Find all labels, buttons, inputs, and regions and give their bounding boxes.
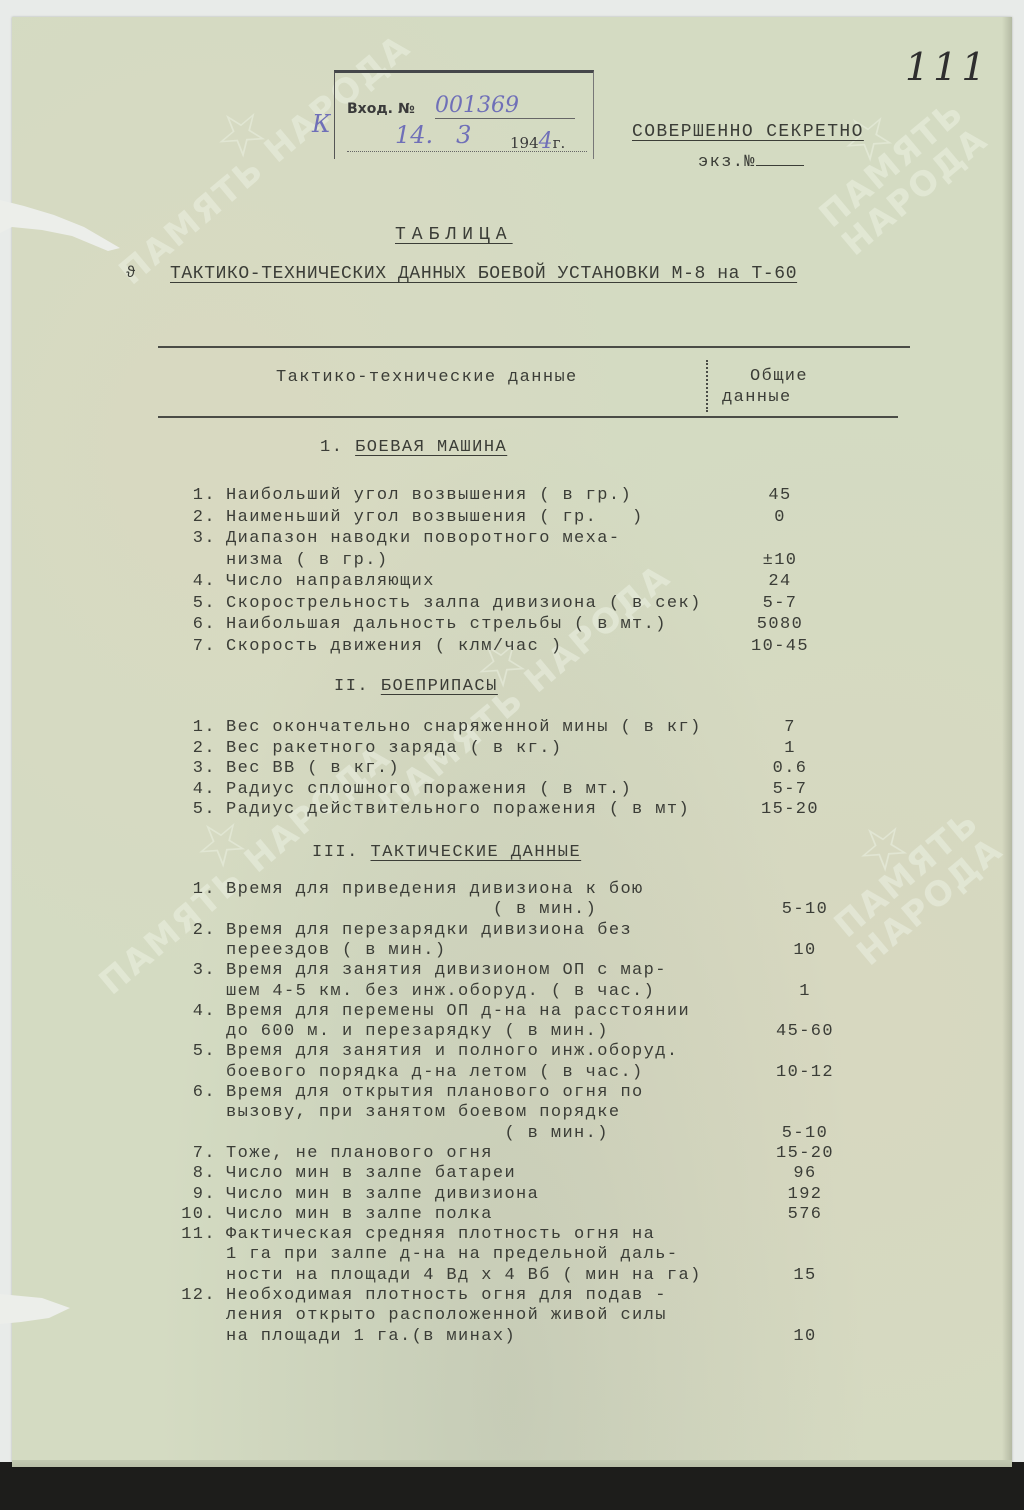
row-label: Время для приведения дивизиона к бою <box>226 880 644 899</box>
row-number: 2. <box>176 739 216 758</box>
row-number: 3. <box>176 529 216 548</box>
row-value: 7 <box>745 718 835 737</box>
section-heading: БОЕВАЯ МАШИНА <box>355 438 507 457</box>
row-value: 24 <box>735 572 825 591</box>
document-subtitle: ТАКТИКО-ТЕХНИЧЕСКИХ ДАННЫХ БОЕВОЙ УСТАНО… <box>170 264 797 284</box>
row-value: 10-12 <box>760 1063 850 1082</box>
row-label: низма ( в гр.) <box>226 551 388 570</box>
row-number: 6. <box>176 1083 216 1102</box>
table-header-rule <box>158 416 898 418</box>
row-label: Наибольший угол возвышения ( в гр.) <box>226 486 632 505</box>
margin-mark: ϑ <box>126 264 137 282</box>
row-number: 4. <box>176 572 216 591</box>
row-label: Время для занятия дивизионом ОП с мар- <box>226 961 667 980</box>
row-number: 11. <box>176 1225 216 1244</box>
row-label: Число направляющих <box>226 572 435 591</box>
row-number: 1. <box>176 880 216 899</box>
row-value: 15-20 <box>760 1144 850 1163</box>
row-value: 15-20 <box>745 800 835 819</box>
stamp-date: 14. 3 <box>395 121 471 149</box>
row-number: 10. <box>176 1205 216 1224</box>
registration-stamp: Вход. № 001369 14. 3 1944г. <box>334 70 594 159</box>
row-number: 4. <box>176 1002 216 1021</box>
row-label: Время для перезарядки дивизиона без <box>226 921 632 940</box>
row-value: 45-60 <box>760 1022 850 1041</box>
stamp-year-suffix: г. <box>553 134 566 152</box>
paper-fold <box>12 1460 1012 1467</box>
row-label: Наибольшая дальность стрельбы ( в мт.) <box>226 615 667 634</box>
row-number: 8. <box>176 1164 216 1183</box>
row-label: Скорость движения ( клм/час ) <box>226 637 562 656</box>
row-label: Диапазон наводки поворотного меха- <box>226 529 620 548</box>
row-label: шем 4-5 км. без инж.оборуд. ( в час.) <box>226 982 655 1001</box>
section-title: II. БОЕПРИПАСЫ <box>334 677 498 696</box>
row-number: 1. <box>176 486 216 505</box>
row-value: 5-7 <box>735 594 825 613</box>
row-number: 9. <box>176 1185 216 1204</box>
row-number: 7. <box>176 637 216 656</box>
row-value: 45 <box>735 486 825 505</box>
row-label: Время для занятия и полного инж.оборуд. <box>226 1042 678 1061</box>
copy-number-blank <box>756 165 804 166</box>
page-number: 111 <box>905 45 990 89</box>
row-value: 1 <box>760 982 850 1001</box>
column-header-parameters: Тактико-технические данные <box>276 368 578 387</box>
row-value: 10 <box>760 1327 850 1346</box>
row-value: 96 <box>760 1164 850 1183</box>
stamp-year-printed: 194 <box>510 134 539 152</box>
row-value: 10 <box>760 941 850 960</box>
column-header-values-line1: Общие <box>750 367 808 386</box>
row-label: переездов ( в мин.) <box>226 941 446 960</box>
section-title: 1. БОЕВАЯ МАШИНА <box>320 438 507 457</box>
paper-edge-shadow <box>1002 17 1012 1467</box>
stamp-label: Вход. № <box>347 101 415 117</box>
row-label: Вес ракетного заряда ( в кг.) <box>226 739 562 758</box>
column-separator <box>706 360 708 412</box>
row-value: ±10 <box>735 551 825 570</box>
row-value: 5-10 <box>760 1124 850 1143</box>
row-value: 15 <box>760 1266 850 1285</box>
row-label: ( в мин.) <box>226 900 597 919</box>
section-title: III. ТАКТИЧЕСКИЕ ДАННЫЕ <box>312 843 581 862</box>
row-number: 2. <box>176 508 216 527</box>
section-heading: ТАКТИЧЕСКИЕ ДАННЫЕ <box>371 843 582 862</box>
row-label: на площади 1 га.(в минах) <box>226 1327 516 1346</box>
row-label: Радиус сплошного поражения ( в мт.) <box>226 780 632 799</box>
stamp-dotted-line <box>347 151 587 152</box>
copy-number-text: экз.№ <box>698 153 756 172</box>
row-label: Тоже, не планового огня <box>226 1144 493 1163</box>
section-number: III. <box>312 843 371 862</box>
row-value: 5-7 <box>745 780 835 799</box>
row-label: Радиус действительного поражения ( в мт) <box>226 800 690 819</box>
row-label: ности на площади 4 Вд х 4 Вб ( мин на га… <box>226 1266 702 1285</box>
section-heading: БОЕПРИПАСЫ <box>381 677 498 696</box>
row-label: 1 га при залпе д-на на предельной даль- <box>226 1245 678 1264</box>
table-top-rule <box>158 346 910 348</box>
copy-number-label: экз.№ <box>698 153 804 172</box>
row-number: 6. <box>176 615 216 634</box>
row-label: Время для открытия планового огня по <box>226 1083 644 1102</box>
row-label: Число мин в залпе дивизиона <box>226 1185 539 1204</box>
row-label: вызову, при занятом боевом порядке <box>226 1103 620 1122</box>
row-number: 4. <box>176 780 216 799</box>
row-number: 12. <box>176 1286 216 1305</box>
row-number: 5. <box>176 1042 216 1061</box>
row-value: 10-45 <box>735 637 825 656</box>
row-label: Наименьший угол возвышения ( гр. ) <box>226 508 644 527</box>
classification-label: СОВЕРШЕННО СЕКРЕТНО <box>632 122 864 142</box>
row-label: Вес ВВ ( в кг.) <box>226 759 400 778</box>
row-label: Вес окончательно снаряженной мины ( в кг… <box>226 718 702 737</box>
row-label: Число мин в залпе полка <box>226 1205 493 1224</box>
row-value: 0 <box>735 508 825 527</box>
document-title: ТАБЛИЦА <box>395 225 513 245</box>
row-value: 1 <box>745 739 835 758</box>
row-label: Скорострельность залпа дивизиона ( в сек… <box>226 594 702 613</box>
scan-background-band <box>0 1462 1024 1510</box>
row-number: 2. <box>176 921 216 940</box>
row-value: 0.6 <box>745 759 835 778</box>
row-number: 3. <box>176 961 216 980</box>
stamp-prefix-mark: К <box>312 110 331 138</box>
row-label: Необходимая плотность огня для подав - <box>226 1286 667 1305</box>
row-number: 5. <box>176 800 216 819</box>
stamp-date-day: 14. <box>395 121 433 149</box>
row-label: ления открыто расположенной живой силы <box>226 1306 667 1325</box>
row-value: 5-10 <box>760 900 850 919</box>
stamp-number: 001369 <box>435 93 575 119</box>
row-value: 576 <box>760 1205 850 1224</box>
section-number: II. <box>334 677 381 696</box>
stamp-date-month: 3 <box>456 121 471 149</box>
column-header-values-line2: данные <box>722 388 792 407</box>
row-label: боевого порядка д-на летом ( в час.) <box>226 1063 644 1082</box>
row-label: Фактическая средняя плотность огня на <box>226 1225 655 1244</box>
row-number: 5. <box>176 594 216 613</box>
row-label: до 600 м. и перезарядку ( в мин.) <box>226 1022 609 1041</box>
row-number: 7. <box>176 1144 216 1163</box>
row-number: 1. <box>176 718 216 737</box>
row-label: ( в мин.) <box>226 1124 609 1143</box>
row-label: Время для перемены ОП д-на на расстоянии <box>226 1002 690 1021</box>
section-number: 1. <box>320 438 355 457</box>
row-value: 192 <box>760 1185 850 1204</box>
row-value: 5080 <box>735 615 825 634</box>
row-number: 3. <box>176 759 216 778</box>
row-label: Число мин в залпе батареи <box>226 1164 516 1183</box>
